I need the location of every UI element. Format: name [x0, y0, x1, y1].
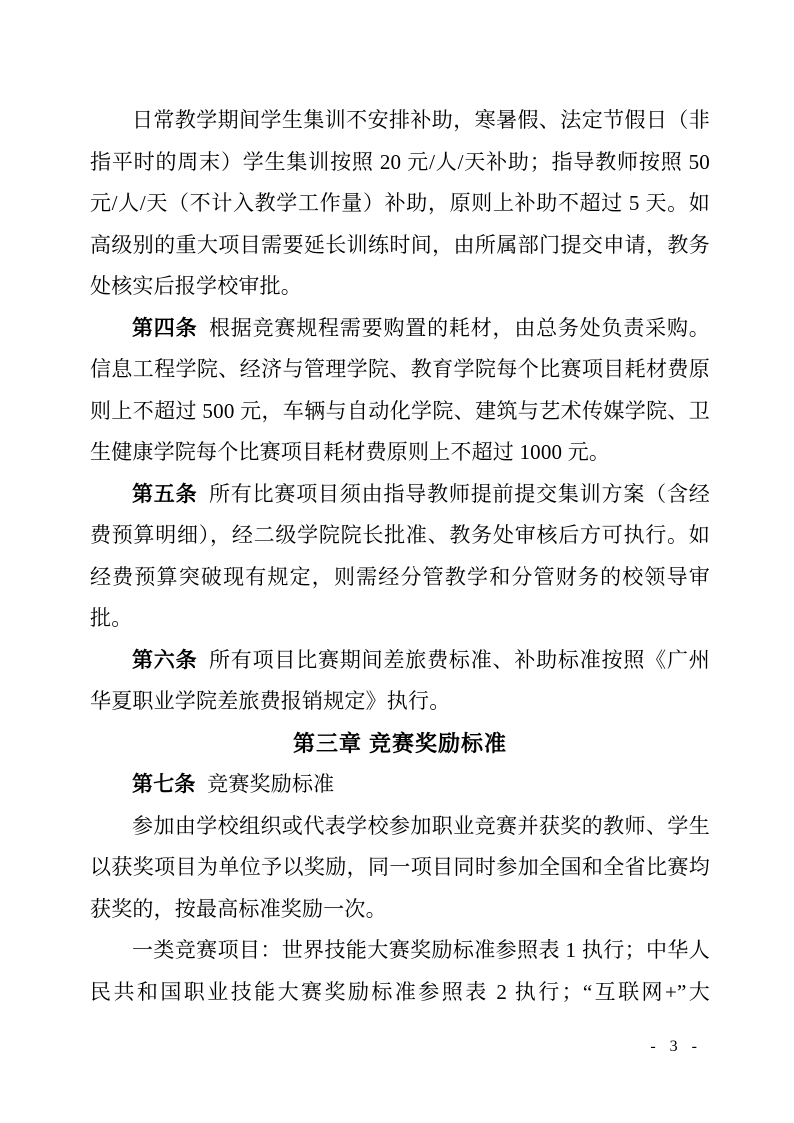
paragraph-award-scope: 参加由学校组织或代表学校参加职业竞赛并获奖的教师、学生以获奖项目为单位予以奖励，…: [90, 806, 710, 931]
paragraph-training-subsidy: 日常教学期间学生集训不安排补助，寒暑假、法定节假日（非指平时的周末）学生集训按照…: [90, 100, 710, 308]
paragraph-article-5: 第五条所有比赛项目须由指导教师提前提交集训方案（含经费预算明细），经二级学院院长…: [90, 474, 710, 640]
article-7-text: 竞赛奖励标准: [207, 772, 334, 796]
page-number: - 3 -: [650, 1037, 702, 1057]
paragraph-article-4: 第四条根据竞赛规程需要购置的耗材，由总务处负责采购。信息工程学院、经济与管理学院…: [90, 308, 710, 474]
article-6-label: 第六条: [132, 649, 197, 672]
document-page: 日常教学期间学生集训不安排补助，寒暑假、法定节假日（非指平时的周末）学生集训按照…: [0, 0, 794, 1123]
chapter-3-heading: 第三章 竞赛奖励标准: [90, 723, 710, 765]
article-7-label: 第七条: [132, 773, 196, 796]
article-5-label: 第五条: [132, 483, 197, 506]
paragraph-category-1-competitions: 一类竞赛项目：世界技能大赛奖励标准参照表 1 执行；中华人民共和国职业技能大赛奖…: [90, 930, 710, 1013]
paragraph-article-7: 第七条竞赛奖励标准: [90, 764, 710, 806]
document-body: 日常教学期间学生集训不安排补助，寒暑假、法定节假日（非指平时的周末）学生集训按照…: [90, 100, 710, 1013]
article-4-label: 第四条: [132, 317, 197, 340]
paragraph-article-6: 第六条所有项目比赛期间差旅费标准、补助标准按照《广州华夏职业学院差旅费报销规定》…: [90, 640, 710, 723]
